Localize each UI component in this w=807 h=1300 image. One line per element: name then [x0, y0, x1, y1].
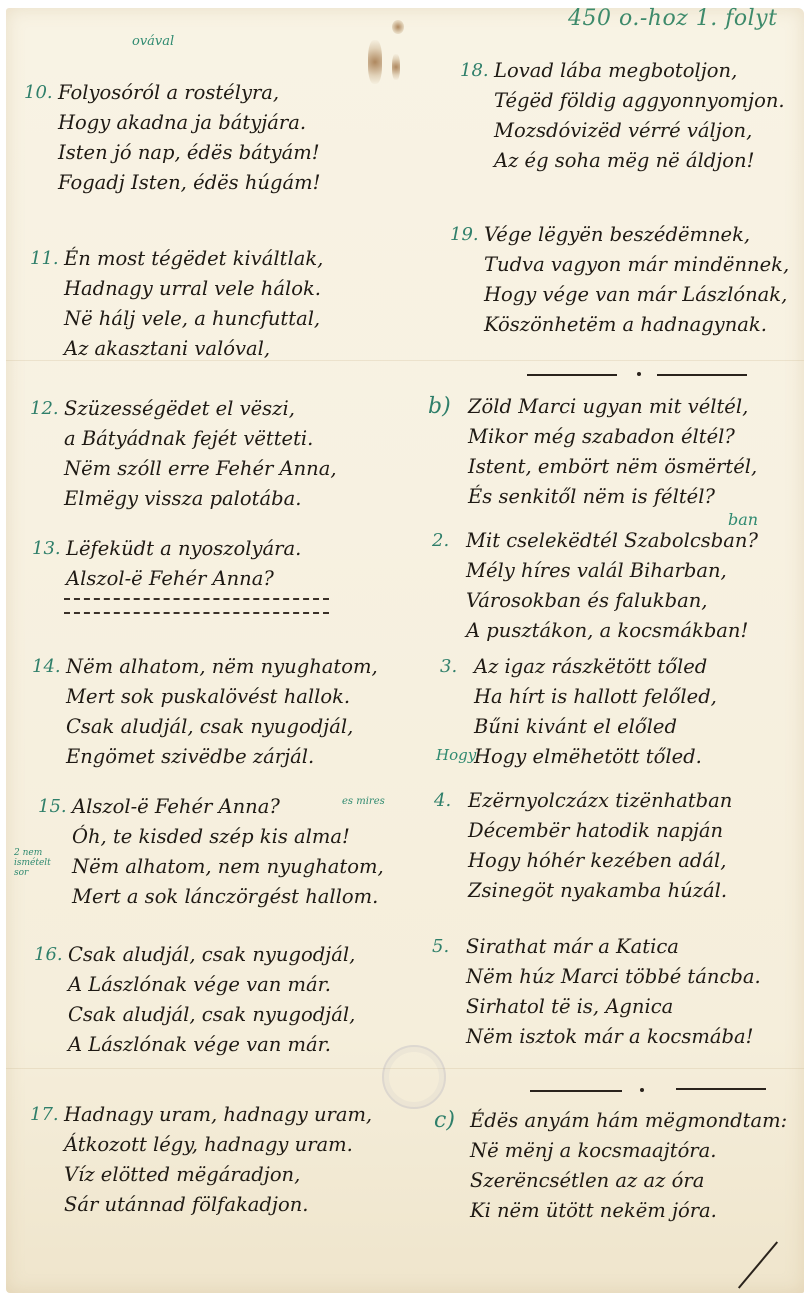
verse-line: Szerëncsétlen az az óra: [464, 1166, 787, 1196]
omission-marks: [64, 612, 329, 614]
verse-line: Në hálj vele, a huncfuttal,: [58, 304, 323, 334]
verse-line: Köszönhetëm a hadnagynak.: [478, 310, 789, 340]
ink-stain: [368, 40, 382, 84]
stanza-number: 18.: [460, 56, 489, 86]
verse-line: És senkitől nëm is féltél?: [462, 482, 757, 512]
stanza-number: 3.: [440, 652, 457, 682]
verse-line: Lovad lába megbotoljon,: [488, 56, 785, 86]
verse-line: Fogadj Isten, édës húgám!: [52, 168, 320, 198]
stanza-10: 10. Folyosóról a rostélyra, Hogy akadna …: [52, 78, 320, 198]
verse-line: Hogy vége van már Lászlónak,: [478, 280, 789, 310]
verse-line: Sár utánnad fölfakadjon.: [58, 1190, 372, 1220]
stanza-19: 19. Vége lëgyën beszédëmnek, Tudva vagyo…: [478, 220, 789, 340]
verse-line: Városokban és falukban,: [460, 586, 758, 616]
ink-stain: [392, 20, 404, 34]
verse-line: Tégëd földig aggyonnyomjon.: [488, 86, 785, 116]
verse-line: Istent, embört nëm ösmërtél,: [462, 452, 757, 482]
verse-line: Óh, te kisded szép kis alma!: [66, 822, 384, 852]
verse-line: Csak aludjál, csak nyugodjál,: [62, 940, 355, 970]
ink-stain: [392, 54, 400, 80]
verse-line: Csak aludjál, csak nyugodjál,: [62, 1000, 355, 1030]
verse-line: Ki nëm ütött nekëm jóra.: [464, 1196, 787, 1226]
verse-line: Bűni kivánt el előled: [468, 712, 717, 742]
verse-line: Folyosóról a rostélyra,: [52, 78, 320, 108]
stanza-number: 12.: [30, 394, 59, 424]
verse-line: Hogy hóhér kezében adál,: [462, 846, 732, 876]
verse-line: Alszol-ë Fehér Anna?: [66, 792, 384, 822]
verse-line: Sirhatol të is, Agnica: [460, 992, 761, 1022]
verse-line: A pusztákon, a kocsmákban!: [460, 616, 758, 646]
verse-line: a Bátyádnak fejét vëtteti.: [58, 424, 337, 454]
verse-line: Hogy elmëhetött tőled.: [468, 742, 717, 772]
stanza-14: 14. Nëm alhatom, nëm nyughatom, Mert sok…: [60, 652, 378, 772]
verse-line: Vége lëgyën beszédëmnek,: [478, 220, 789, 250]
stanza-number: 14.: [32, 652, 61, 682]
verse-line: Az akasztani valóval,: [58, 334, 323, 364]
verse-line: Mozsdóvizëd vérré váljon,: [488, 116, 785, 146]
section-divider-dot: [637, 372, 641, 376]
stanza-number: 15.: [38, 792, 67, 822]
stanza-11: 11. Én most tégëdet kiváltlak, Hadnagy u…: [58, 244, 323, 364]
verse-line: Hogy akadna ja bátyjára.: [52, 108, 320, 138]
verse-line: Në mënj a kocsmaajtóra.: [464, 1136, 787, 1166]
stanza-number: 5.: [432, 932, 449, 962]
verse-line: Mert a sok lánczörgést hallom.: [66, 882, 384, 912]
section-divider-dot: [640, 1088, 644, 1092]
verse-line: Szüzességëdet el vëszi,: [58, 394, 337, 424]
verse-line: A Lászlónak vége van már.: [62, 970, 355, 1000]
verse-line: Elmëgy vissza palotába.: [58, 484, 337, 514]
verse-line: Isten jó nap, édës bátyám!: [52, 138, 320, 168]
verse-line: Csak aludjál, csak nyugodjál,: [60, 712, 378, 742]
verse-line: Mikor még szabadon éltél?: [462, 422, 757, 452]
stanza-number: 4.: [434, 786, 451, 816]
stanza-12: 12. Szüzességëdet el vëszi, a Bátyádnak …: [58, 394, 337, 514]
verse-line: Décembër hatodik napján: [462, 816, 732, 846]
library-stamp: [382, 1045, 446, 1109]
verse-line: Ha hírt is hallott felőled,: [468, 682, 717, 712]
stanza-3: 3. Az igaz rászkëtött tőled Ha hírt is h…: [468, 652, 717, 772]
verse-line: Én most tégëdet kiváltlak,: [58, 244, 323, 274]
stanza-c: c) Édës anyám hám mëgmondtam: Në mënj a …: [464, 1106, 787, 1226]
section-label: c): [434, 1106, 455, 1136]
section-divider: [530, 1090, 622, 1092]
stanza-number: 19.: [450, 220, 479, 250]
verse-line: Zsinegöt nyakamba húzál.: [462, 876, 732, 906]
stanza-number: 10.: [24, 78, 53, 108]
correction-annotation: ovával: [132, 34, 174, 49]
verse-line: Tudva vagyon már mindënnek,: [478, 250, 789, 280]
omission-marks: [64, 598, 329, 600]
stanza-number: 16.: [34, 940, 63, 970]
verse-line: Az ég soha mëg në áldjon!: [488, 146, 785, 176]
stanza-17: 17. Hadnagy uram, hadnagy uram, Átkozott…: [58, 1100, 372, 1220]
verse-line: Hadnagy urral vele hálok.: [58, 274, 323, 304]
verse-line: Nëm alhatom, nëm nyughatom,: [60, 652, 378, 682]
stanza-2: 2. Mit cselekëdtél Szabolcsban? Mély hír…: [460, 526, 758, 646]
section-divider: [527, 374, 617, 376]
stanza-number: 11.: [30, 244, 59, 274]
verse-line: Mély híres valál Biharban,: [460, 556, 758, 586]
stanza-number: 13.: [32, 534, 61, 564]
stanza-13: 13. Lëfeküdt a nyoszolyára. Alszol-ë Feh…: [60, 534, 301, 594]
verse-line: Víz elötted mëgáradjon,: [58, 1160, 372, 1190]
verse-line: Hadnagy uram, hadnagy uram,: [58, 1100, 372, 1130]
verse-line: A Lászlónak vége van már.: [62, 1030, 355, 1060]
verse-line: Nëm húz Marci többé táncba.: [460, 962, 761, 992]
stanza-15: 15. Alszol-ë Fehér Anna? Óh, te kisded s…: [66, 792, 384, 912]
verse-line: Mit cselekëdtél Szabolcsban?: [460, 526, 758, 556]
verse-line: Engömet szivëdbe zárjál.: [60, 742, 378, 772]
verse-line: Édës anyám hám mëgmondtam:: [464, 1106, 787, 1136]
section-label: b): [428, 392, 451, 422]
verse-line: Nëm isztok már a kocsmába!: [460, 1022, 761, 1052]
verse-line: Az igaz rászkëtött tőled: [468, 652, 717, 682]
section-divider: [676, 1088, 766, 1090]
verse-line: Ezërnyolczázx tizënhatban: [462, 786, 732, 816]
verse-line: Nëm alhatom, nem nyughatom,: [66, 852, 384, 882]
stanza-number: 17.: [30, 1100, 59, 1130]
verse-line: Nëm szóll erre Fehér Anna,: [58, 454, 337, 484]
stanza-number: 2.: [432, 526, 449, 556]
stanza-4: 4. Ezërnyolczázx tizënhatban Décembër ha…: [462, 786, 732, 906]
margin-note: 2 nem ismételt sor: [14, 848, 54, 878]
verse-line: Zöld Marci ugyan mit véltél,: [462, 392, 757, 422]
correction-annotation: Hogy: [436, 746, 476, 764]
top-reference-note: 450 o.-hoz 1. folyt: [568, 6, 777, 31]
verse-line: Sirathat már a Katica: [460, 932, 761, 962]
stanza-b: b) Zöld Marci ugyan mit véltél, Mikor mé…: [462, 392, 757, 512]
stanza-16: 16. Csak aludjál, csak nyugodjál, A Lász…: [62, 940, 355, 1060]
verse-line: Mert sok puskalövést hallok.: [60, 682, 378, 712]
verse-line: Alszol-ë Fehér Anna?: [60, 564, 301, 594]
section-divider: [657, 374, 747, 376]
verse-line: Lëfeküdt a nyoszolyára.: [60, 534, 301, 564]
stanza-18: 18. Lovad lába megbotoljon, Tégëd földig…: [488, 56, 785, 176]
verse-line: Átkozott légy, hadnagy uram.: [58, 1130, 372, 1160]
stanza-5: 5. Sirathat már a Katica Nëm húz Marci t…: [460, 932, 761, 1052]
